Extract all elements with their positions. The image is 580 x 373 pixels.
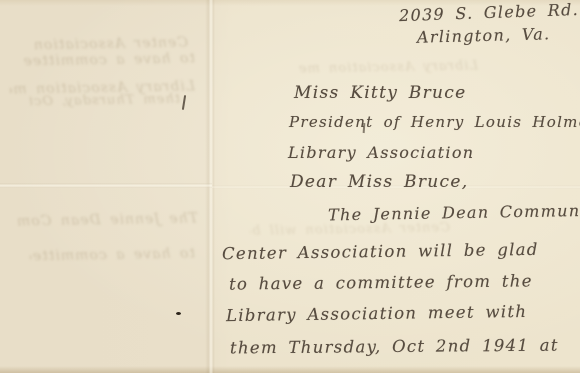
bleedthrough-text: Center Association will be glad xyxy=(28,35,188,54)
sender-address-line-2: Arlington, Va. xyxy=(417,24,551,46)
body-line-3: to have a committee from the xyxy=(229,271,533,293)
bleedthrough-text: to have a committee from the xyxy=(30,246,195,265)
bleedthrough-text: Library Association meet with xyxy=(298,58,478,76)
ink-speck xyxy=(176,312,181,315)
recipient-name: Miss Kitty Bruce xyxy=(294,83,466,103)
bleedthrough-text: them Thursday, Oct 2nd 1941 at xyxy=(30,92,180,110)
body-line-1: The Jennie Dean Community xyxy=(328,201,580,225)
body-line-4: Library Association meet with xyxy=(226,302,527,325)
sender-address-line-1: 2039 S. Glebe Rd. xyxy=(399,0,580,25)
body-line-5: them Thursday, Oct 2nd 1941 at xyxy=(230,336,559,358)
bleedthrough-text: The Jennie Dean Community xyxy=(18,210,198,229)
bleedthrough-text: Library Association meet with xyxy=(10,78,195,97)
bleedthrough-text: to have a committee from the xyxy=(20,50,195,69)
body-line-2: Center Association will be glad xyxy=(222,240,539,263)
recipient-title: President of Henry Louis Holmes xyxy=(289,113,580,131)
recipient-organization: Library Association xyxy=(288,143,474,162)
salutation: Dear Miss Bruce, xyxy=(290,172,468,192)
letter-scan: Center Association will be glad to have … xyxy=(0,0,580,373)
stray-ink-stroke xyxy=(182,95,186,110)
horizontal-fold-crease-left xyxy=(0,183,212,188)
